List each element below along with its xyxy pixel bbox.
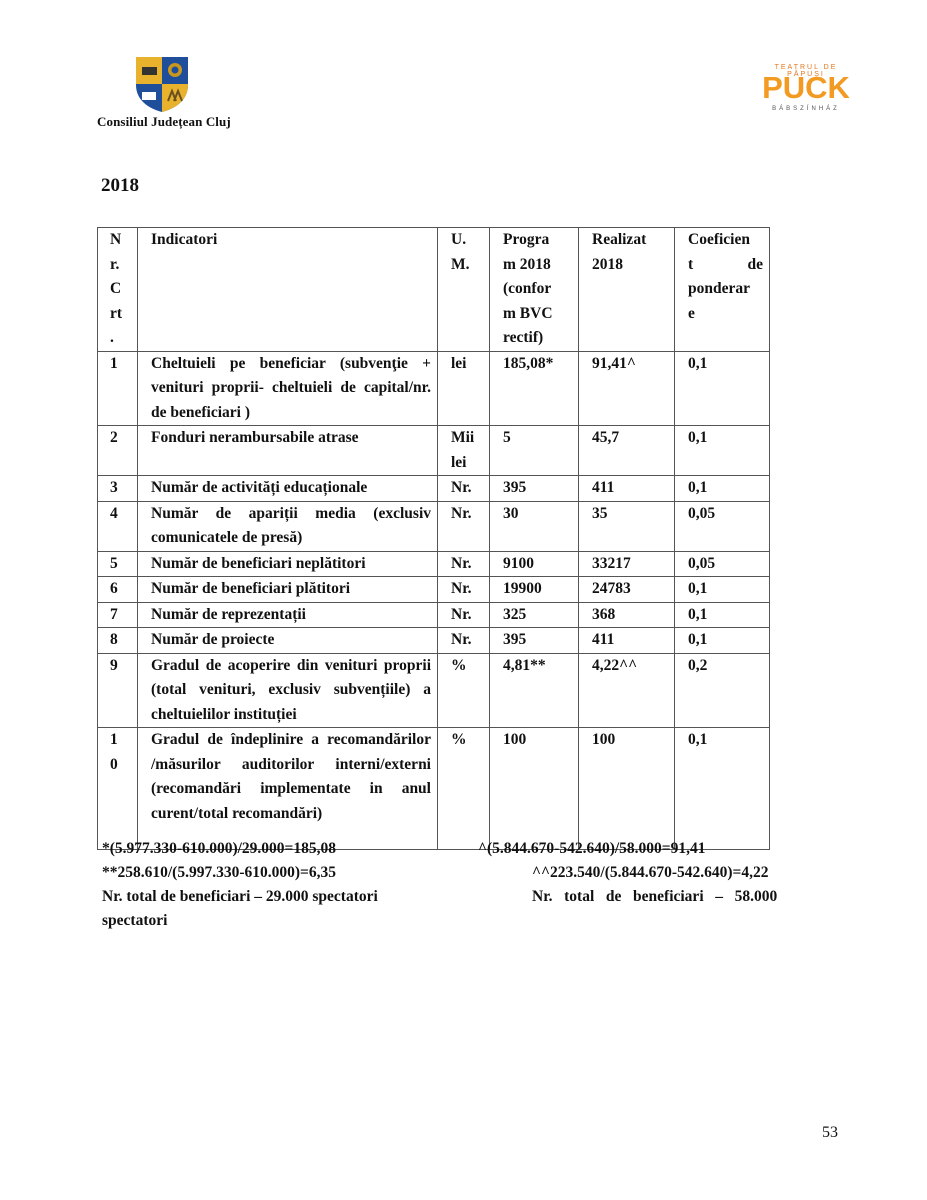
row-um: Nr.	[438, 476, 490, 502]
row-program: 185,08*	[490, 351, 579, 426]
row-realizat: 24783	[579, 577, 675, 603]
row-nr: 10	[98, 728, 138, 850]
row-um: Nr.	[438, 577, 490, 603]
row-um: Mii lei	[438, 426, 490, 476]
row-nr: 4	[98, 501, 138, 551]
row-indicator: Număr de beneficiari plătitori	[138, 577, 438, 603]
header-program: Program 2018(conform BVCrectif)	[490, 228, 579, 352]
row-realizat: 411	[579, 628, 675, 654]
header-coeficient: Coeficientdeponderare	[675, 228, 770, 352]
header-realizat: Realizat2018	[579, 228, 675, 352]
row-program: 5	[490, 426, 579, 476]
row-realizat: 91,41^	[579, 351, 675, 426]
row-realizat: 100	[579, 728, 675, 850]
row-coef: 0,2	[675, 653, 770, 728]
row-nr: 3	[98, 476, 138, 502]
footnote-right-1: ^(5.844.670-542.640)/58.000=91,41	[478, 837, 706, 861]
header-nr-crt: Nr.Crt.	[98, 228, 138, 352]
footnote-right-2: ^^223.540/(5.844.670-542.640)=4,22	[532, 861, 769, 885]
row-indicator: Număr de beneficiari neplătitori	[138, 551, 438, 577]
table-row: 4Număr de apariții media (exclusiv comun…	[98, 501, 770, 551]
puck-logo-bottom-text: BÁBSZÍNHÁZ	[754, 106, 858, 112]
row-nr: 1	[98, 351, 138, 426]
row-nr: 7	[98, 602, 138, 628]
header-um: U.M.	[438, 228, 490, 352]
row-program: 325	[490, 602, 579, 628]
table-row: 9Gradul de acoperire din venituri propri…	[98, 653, 770, 728]
row-program: 100	[490, 728, 579, 850]
row-um: %	[438, 653, 490, 728]
row-coef: 0,1	[675, 602, 770, 628]
row-coef: 0,1	[675, 351, 770, 426]
table-row: 1Cheltuieli pe beneficiar (subvenţie + v…	[98, 351, 770, 426]
row-program: 395	[490, 476, 579, 502]
section-title: 2018	[101, 175, 139, 197]
row-indicator: Gradul de acoperire din venituri proprii…	[138, 653, 438, 728]
row-indicator: Cheltuieli pe beneficiar (subvenţie + ve…	[138, 351, 438, 426]
organization-name: Consiliul Județean Cluj	[97, 114, 231, 130]
row-coef: 0,05	[675, 501, 770, 551]
footnote-right-3: Nr. total de beneficiari – 58.000	[532, 885, 777, 909]
row-indicator: Număr de proiecte	[138, 628, 438, 654]
cluj-county-coat-of-arms-logo	[134, 55, 190, 113]
row-um: lei	[438, 351, 490, 426]
row-program: 395	[490, 628, 579, 654]
row-coef: 0,1	[675, 577, 770, 603]
row-nr: 9	[98, 653, 138, 728]
row-indicator: Gradul de îndeplinire a recomandărilor /…	[138, 728, 438, 850]
table-row: 5Număr de beneficiari neplătitoriNr.9100…	[98, 551, 770, 577]
row-nr: 5	[98, 551, 138, 577]
row-realizat: 4,22^^	[579, 653, 675, 728]
row-indicator: Număr de apariții media (exclusiv comuni…	[138, 501, 438, 551]
row-coef: 0,1	[675, 628, 770, 654]
table-row: 7Număr de reprezentațiiNr.3253680,1	[98, 602, 770, 628]
row-nr: 6	[98, 577, 138, 603]
row-um: Nr.	[438, 551, 490, 577]
row-coef: 0,1	[675, 728, 770, 850]
row-program: 4,81**	[490, 653, 579, 728]
row-um: %	[438, 728, 490, 850]
row-indicator: Număr de activități educaționale	[138, 476, 438, 502]
table-row: 10Gradul de îndeplinire a recomandărilor…	[98, 728, 770, 850]
row-realizat: 33217	[579, 551, 675, 577]
table-row: 6Număr de beneficiari plătitoriNr.199002…	[98, 577, 770, 603]
puck-theatre-logo: TEATRUL DE PĂPUȘI PUCK BÁBSZÍNHÁZ	[752, 64, 860, 116]
table-row: 3Număr de activități educaționaleNr.3954…	[98, 476, 770, 502]
row-coef: 0,1	[675, 426, 770, 476]
row-um: Nr.	[438, 628, 490, 654]
table-row: 2Fonduri nerambursabile atraseMii lei545…	[98, 426, 770, 476]
header-indicatori: Indicatori	[138, 228, 438, 352]
page-number: 53	[822, 1124, 838, 1142]
table-header-row: Nr.Crt. Indicatori U.M. Program 2018(con…	[98, 228, 770, 352]
row-nr: 2	[98, 426, 138, 476]
row-realizat: 45,7	[579, 426, 675, 476]
row-program: 9100	[490, 551, 579, 577]
puck-logo-main-text: PUCK	[754, 71, 858, 105]
row-um: Nr.	[438, 602, 490, 628]
row-um: Nr.	[438, 501, 490, 551]
row-program: 30	[490, 501, 579, 551]
footnote-left: *(5.977.330-610.000)/29.000=185,08 **258…	[102, 837, 378, 933]
row-program: 19900	[490, 577, 579, 603]
row-coef: 0,1	[675, 476, 770, 502]
row-realizat: 368	[579, 602, 675, 628]
table-row: 8Număr de proiecteNr.3954110,1	[98, 628, 770, 654]
row-realizat: 35	[579, 501, 675, 551]
row-coef: 0,05	[675, 551, 770, 577]
row-realizat: 411	[579, 476, 675, 502]
row-indicator: Număr de reprezentații	[138, 602, 438, 628]
row-indicator: Fonduri nerambursabile atrase	[138, 426, 438, 476]
indicators-table: Nr.Crt. Indicatori U.M. Program 2018(con…	[97, 227, 770, 850]
row-nr: 8	[98, 628, 138, 654]
